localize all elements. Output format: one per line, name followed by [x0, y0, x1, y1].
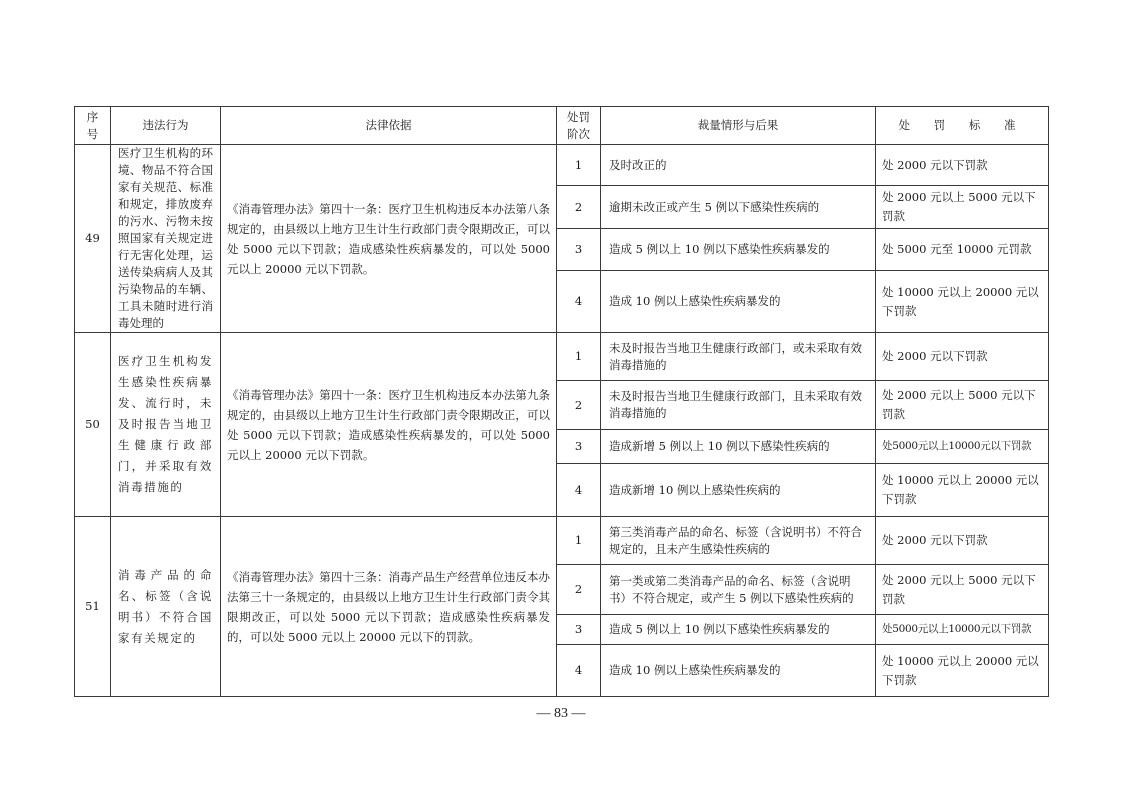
violation-cell: 消毒产品的命名、标签（含说明书）不符合国家有关规定的	[111, 517, 221, 697]
circumstance-cell: 造成 5 例以上 10 例以下感染性疾病暴发的	[601, 615, 876, 645]
header-stage: 处罚阶次	[557, 107, 601, 145]
standard-cell: 处 2000 元以下罚款	[876, 145, 1049, 186]
stage-cell: 1	[557, 145, 601, 186]
table-row: 49 医疗卫生机构的环境、物品不符合国家有关规范、标准和规定，排放废弃的污水、污…	[75, 145, 1049, 186]
standard-cell: 处 2000 元以上 5000 元以下罚款	[876, 381, 1049, 430]
seq-cell: 49	[75, 145, 111, 333]
header-violation: 违法行为	[111, 107, 221, 145]
law-cell: 《消毒管理办法》第四十三条：消毒产品生产经营单位违反本办法第三十一条规定的，由县…	[221, 517, 557, 697]
violation-cell: 医疗卫生机构发生感染性疾病暴发、流行时，未及时报告当地卫生健康行政部门，并采取有…	[111, 333, 221, 517]
standard-cell: 处 10000 元以上 20000 元以下罚款	[876, 464, 1049, 517]
violation-cell: 医疗卫生机构的环境、物品不符合国家有关规范、标准和规定，排放废弃的污水、污物未按…	[111, 145, 221, 333]
standard-cell: 处 10000 元以上 20000 元以下罚款	[876, 645, 1049, 697]
seq-cell: 51	[75, 517, 111, 697]
header-law: 法律依据	[221, 107, 557, 145]
circumstance-cell: 造成 5 例以上 10 例以下感染性疾病暴发的	[601, 228, 876, 270]
page-number: — 83 —	[0, 706, 1122, 722]
seq-cell: 50	[75, 333, 111, 517]
header-standard: 处 罚 标 准	[876, 107, 1049, 145]
header-seq: 序号	[75, 107, 111, 145]
circumstance-cell: 未及时报告当地卫生健康行政部门，或未采取有效消毒措施的	[601, 333, 876, 381]
circumstance-cell: 造成新增 10 例以上感染性疾病的	[601, 464, 876, 517]
standard-cell: 处 2000 元以下罚款	[876, 517, 1049, 565]
law-cell: 《消毒管理办法》第四十一条：医疗卫生机构违反本办法第八条规定的，由县级以上地方卫…	[221, 145, 557, 333]
law-cell: 《消毒管理办法》第四十一条：医疗卫生机构违反本办法第九条规定的，由县级以上地方卫…	[221, 333, 557, 517]
circumstance-cell: 造成新增 5 例以上 10 例以下感染性疾病的	[601, 430, 876, 464]
penalty-table: 序号 违法行为 法律依据 处罚阶次 裁量情形与后果 处 罚 标 准 49 医疗卫…	[74, 106, 1049, 697]
stage-cell: 3	[557, 228, 601, 270]
stage-cell: 4	[557, 464, 601, 517]
table-row: 50 医疗卫生机构发生感染性疾病暴发、流行时，未及时报告当地卫生健康行政部门，并…	[75, 333, 1049, 381]
standard-cell: 处 5000 元至 10000 元罚款	[876, 228, 1049, 270]
stage-cell: 1	[557, 517, 601, 565]
circumstance-cell: 未及时报告当地卫生健康行政部门，且未采取有效消毒措施的	[601, 381, 876, 430]
circumstance-cell: 第三类消毒产品的命名、标签（含说明书）不符合规定的，且未产生感染性疾病的	[601, 517, 876, 565]
circumstance-cell: 及时改正的	[601, 145, 876, 186]
stage-cell: 1	[557, 333, 601, 381]
circumstance-cell: 逾期未改正或产生 5 例以下感染性疾病的	[601, 186, 876, 228]
circumstance-cell: 造成 10 例以上感染性疾病暴发的	[601, 271, 876, 333]
header-circumstance: 裁量情形与后果	[601, 107, 876, 145]
stage-cell: 4	[557, 645, 601, 697]
standard-cell: 处5000元以上10000元以下罚款	[876, 430, 1049, 464]
stage-cell: 2	[557, 381, 601, 430]
stage-cell: 3	[557, 615, 601, 645]
standard-cell: 处5000元以上10000元以下罚款	[876, 615, 1049, 645]
standard-cell: 处 2000 元以下罚款	[876, 333, 1049, 381]
table-row: 51 消毒产品的命名、标签（含说明书）不符合国家有关规定的 《消毒管理办法》第四…	[75, 517, 1049, 565]
standard-cell: 处 10000 元以上 20000 元以下罚款	[876, 271, 1049, 333]
stage-cell: 3	[557, 430, 601, 464]
circumstance-cell: 造成 10 例以上感染性疾病暴发的	[601, 645, 876, 697]
stage-cell: 2	[557, 186, 601, 228]
standard-cell: 处 2000 元以上 5000 元以下罚款	[876, 565, 1049, 615]
stage-cell: 2	[557, 565, 601, 615]
circumstance-cell: 第一类或第二类消毒产品的命名、标签（含说明书）不符合规定，或产生 5 例以下感染…	[601, 565, 876, 615]
standard-cell: 处 2000 元以上 5000 元以下罚款	[876, 186, 1049, 228]
header-row: 序号 违法行为 法律依据 处罚阶次 裁量情形与后果 处 罚 标 准	[75, 107, 1049, 145]
stage-cell: 4	[557, 271, 601, 333]
